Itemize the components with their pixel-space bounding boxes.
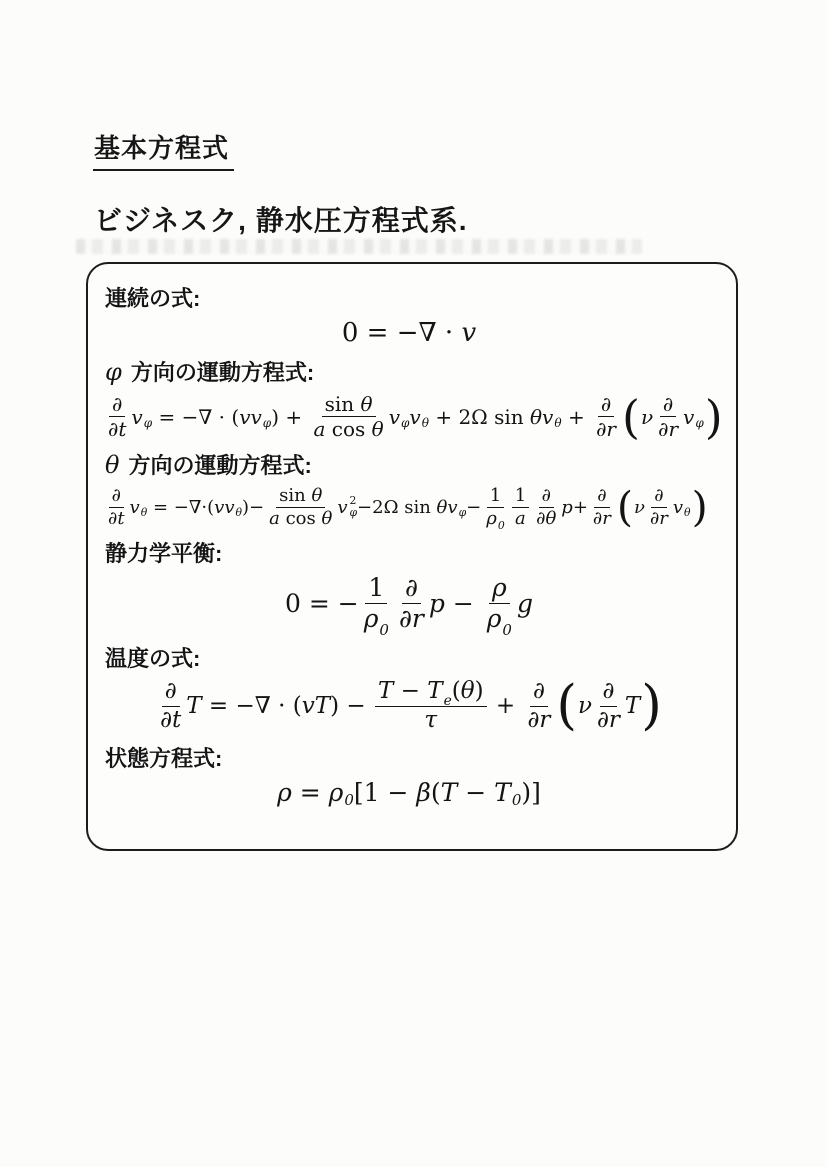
subscript: 0 bbox=[344, 791, 354, 809]
equation-phi-momentum: ∂∂tvφ = −∇ · (vvφ) + sin θa cos θvφvθ + … bbox=[88, 392, 730, 441]
section-continuity: 連続の式: 0 = −∇ · v bbox=[88, 282, 730, 348]
math-text: τ bbox=[424, 707, 437, 733]
math-text: p bbox=[561, 497, 573, 518]
numerator: sin θ bbox=[276, 485, 325, 508]
math-text: ν bbox=[641, 405, 653, 429]
math-text: ∂ bbox=[650, 508, 659, 529]
math-text: cos bbox=[280, 508, 322, 529]
math-text: ∂ bbox=[603, 678, 615, 704]
denominator: ρ0 bbox=[361, 604, 392, 634]
math-text: T bbox=[427, 678, 442, 704]
math-text: + bbox=[573, 497, 588, 518]
fraction: T − Te(θ)τ bbox=[375, 678, 487, 734]
math-text: ∂ bbox=[601, 392, 611, 416]
subscript: 0 bbox=[498, 519, 505, 532]
equation-label: 状態方程式: bbox=[88, 742, 730, 773]
numerator: ∂ bbox=[651, 485, 666, 508]
math-text: vT bbox=[302, 693, 330, 719]
math-text: ρ bbox=[487, 604, 502, 633]
equation-temperature: ∂∂tT = −∇ · (vT) − T − Te(θ)τ + ∂∂r(ν∂∂r… bbox=[88, 678, 730, 734]
equation-label-text: 方向の運動方程式: bbox=[131, 356, 314, 387]
equation-label-text: 状態方程式: bbox=[105, 742, 222, 773]
math-text: ∂ bbox=[593, 508, 602, 529]
math-text: ) + bbox=[271, 405, 308, 429]
math-text: θ bbox=[321, 508, 332, 529]
math-text: p bbox=[429, 589, 445, 618]
section-phi-momentum: φ方向の運動方程式: ∂∂tvφ = −∇ · (vvφ) + sin θa c… bbox=[88, 356, 730, 441]
math-text: T bbox=[441, 778, 458, 807]
fraction: ∂∂r bbox=[655, 392, 681, 441]
denominator: ∂r bbox=[655, 417, 681, 441]
math-text: β bbox=[416, 778, 430, 807]
numerator: ∂ bbox=[598, 392, 614, 417]
math-text: − bbox=[457, 778, 494, 807]
math-text: ∂ bbox=[596, 417, 606, 441]
math-text: − bbox=[466, 497, 481, 518]
denominator: ρ0 bbox=[483, 508, 507, 530]
math-text: ∂ bbox=[165, 678, 177, 704]
math-text: r bbox=[659, 508, 668, 529]
equation-label-prefix: θ bbox=[105, 451, 119, 479]
math-text: v bbox=[409, 405, 420, 429]
subscript: θ bbox=[141, 506, 148, 519]
math-text: r bbox=[668, 417, 678, 441]
subscript: 0 bbox=[512, 791, 522, 809]
subtitle: ビジネスク, 静水圧方程式系. bbox=[94, 199, 468, 239]
equation-label: 連続の式: bbox=[88, 282, 730, 313]
subscript: φ bbox=[695, 416, 703, 430]
fraction: ∂∂r bbox=[396, 573, 427, 634]
numerator: 1 bbox=[512, 485, 529, 508]
equation-hydrostatic: 0 = −1ρ0∂∂rp − ρρ0g bbox=[88, 573, 730, 634]
equations-panel: 連続の式: 0 = −∇ · v φ方向の運動方程式: ∂∂tvφ = −∇ ·… bbox=[86, 262, 738, 851]
numerator: ∂ bbox=[600, 678, 618, 707]
math-text: ( bbox=[452, 678, 461, 704]
equation-label: 温度の式: bbox=[88, 642, 730, 673]
equation-theta-momentum: ∂∂tvθ = −∇·(vvθ)−sin θa cos θv2φ−2Ω sin … bbox=[88, 485, 730, 529]
math-text: v bbox=[389, 405, 400, 429]
math-text: θ bbox=[372, 417, 384, 441]
subscript: φ bbox=[401, 416, 409, 430]
math-text: − bbox=[445, 589, 482, 618]
denominator: ∂t bbox=[105, 417, 129, 441]
math-text: θ bbox=[545, 508, 556, 529]
math-text: v bbox=[461, 318, 476, 348]
fraction: ∂∂t bbox=[105, 485, 128, 529]
math-text: r bbox=[539, 707, 550, 733]
subscript: φ bbox=[144, 416, 152, 430]
math-text: t bbox=[117, 508, 124, 529]
denominator: a cos θ bbox=[266, 508, 335, 530]
section-theta-momentum: θ方向の運動方程式: ∂∂tvθ = −∇·(vvθ)−sin θa cos θ… bbox=[88, 449, 730, 529]
math-text: θ bbox=[361, 392, 373, 416]
fraction: ∂∂r bbox=[590, 485, 614, 529]
math-text: ∂ bbox=[527, 707, 539, 733]
denominator: a cos θ bbox=[310, 417, 386, 441]
subscript: θ bbox=[236, 506, 243, 519]
math-text: ∂ bbox=[658, 417, 668, 441]
denominator: ∂r bbox=[647, 508, 671, 530]
numerator: ∂ bbox=[530, 678, 548, 707]
math-text: T bbox=[494, 778, 511, 807]
math-text: = bbox=[292, 778, 329, 807]
denominator: ∂t bbox=[157, 707, 184, 735]
equation-label-text: 温度の式: bbox=[105, 642, 200, 673]
denominator: ∂t bbox=[105, 508, 128, 530]
math-text: a bbox=[313, 417, 325, 441]
math-text: r bbox=[412, 604, 424, 633]
math-text: 1 bbox=[515, 485, 526, 506]
math-text: r bbox=[609, 707, 620, 733]
math-text: ∂ bbox=[160, 707, 172, 733]
math-text: ) bbox=[475, 678, 484, 704]
math-text: ∂ bbox=[112, 392, 122, 416]
math-text: −2Ω sin bbox=[357, 497, 437, 518]
numerator: ∂ bbox=[402, 573, 421, 604]
math-text: v bbox=[337, 497, 347, 518]
math-text: ∂ bbox=[663, 392, 673, 416]
fraction: 1ρ0 bbox=[361, 573, 392, 634]
math-text: t bbox=[172, 707, 181, 733]
math-text: r bbox=[602, 508, 611, 529]
math-text: a bbox=[515, 508, 526, 529]
numerator: 1 bbox=[487, 485, 504, 508]
equation-label: 静力学平衡: bbox=[88, 537, 730, 568]
subscript: 0 bbox=[379, 621, 389, 639]
math-text: r bbox=[606, 417, 616, 441]
math-text: [1 − bbox=[354, 778, 417, 807]
math-text: T bbox=[186, 693, 201, 719]
equation-label: θ方向の運動方程式: bbox=[88, 449, 730, 480]
subscript: e bbox=[444, 693, 452, 709]
math-text: θv bbox=[530, 405, 553, 429]
fraction: ∂∂t bbox=[105, 392, 129, 441]
math-text: v bbox=[131, 405, 142, 429]
section-temperature: 温度の式: ∂∂tT = −∇ · (vT) − T − Te(θ)τ + ∂∂… bbox=[88, 642, 730, 734]
fraction: sin θa cos θ bbox=[266, 485, 335, 529]
subscript: φ bbox=[349, 507, 357, 519]
math-text: ∂ bbox=[654, 485, 663, 506]
denominator: ∂θ bbox=[533, 508, 559, 530]
fraction: ∂∂r bbox=[524, 678, 553, 734]
math-text: ν bbox=[634, 497, 645, 518]
equation-continuity: 0 = −∇ · v bbox=[88, 318, 730, 348]
math-text: 1 bbox=[368, 573, 384, 602]
equation-label-text: 連続の式: bbox=[105, 282, 200, 313]
equation-label-prefix: φ bbox=[105, 358, 122, 386]
math-text: ν bbox=[578, 693, 592, 719]
fraction: 1ρ0 bbox=[483, 485, 507, 529]
numerator: ∂ bbox=[109, 485, 124, 508]
page-title: 基本方程式 bbox=[93, 128, 234, 171]
numerator: ∂ bbox=[109, 392, 125, 417]
math-text: vv bbox=[239, 405, 262, 429]
numerator: 1 bbox=[365, 573, 387, 604]
denominator: τ bbox=[421, 707, 440, 735]
math-text: ρ bbox=[364, 604, 379, 633]
denominator: ∂r bbox=[593, 417, 619, 441]
math-text: T bbox=[625, 693, 640, 719]
math-text: sin bbox=[325, 392, 361, 416]
math-text: ρ bbox=[486, 508, 497, 529]
subscript: θ bbox=[684, 506, 691, 519]
math-text: ∂ bbox=[108, 417, 118, 441]
subscript: θ bbox=[422, 416, 429, 430]
math-text: cos bbox=[325, 417, 371, 441]
math-text: v bbox=[683, 405, 694, 429]
fraction: ρρ0 bbox=[484, 573, 515, 634]
math-text: = −∇ · ( bbox=[202, 693, 302, 719]
subscript: φ bbox=[263, 416, 271, 430]
math-text: ∂ bbox=[108, 508, 117, 529]
math-text: sin bbox=[279, 485, 311, 506]
bleedthrough-artifact bbox=[76, 239, 642, 254]
fraction: ∂∂θ bbox=[533, 485, 559, 529]
fraction: ∂∂t bbox=[157, 678, 184, 734]
numerator: ∂ bbox=[162, 678, 180, 707]
fraction: ∂∂r bbox=[647, 485, 671, 529]
section-hydrostatic-balance: 静力学平衡: 0 = −1ρ0∂∂rp − ρρ0g bbox=[88, 537, 730, 634]
math-text: a bbox=[269, 508, 280, 529]
denominator: ρ0 bbox=[484, 604, 515, 634]
math-text: ρ bbox=[277, 778, 292, 807]
math-text: + bbox=[562, 405, 591, 429]
math-text: t bbox=[118, 417, 126, 441]
math-text: ∂ bbox=[597, 707, 609, 733]
math-text: g bbox=[517, 589, 533, 618]
equation-label-text: 静力学平衡: bbox=[105, 537, 222, 568]
math-text: + bbox=[489, 693, 523, 719]
fraction: ∂∂r bbox=[593, 392, 619, 441]
denominator: ∂r bbox=[524, 707, 553, 735]
denominator: ∂r bbox=[594, 707, 623, 735]
math-text: 0 = −∇ · bbox=[342, 318, 462, 348]
denominator: ∂r bbox=[590, 508, 614, 530]
fraction: 1a bbox=[512, 485, 529, 529]
subscript: φ bbox=[459, 506, 467, 519]
math-text: T bbox=[378, 678, 393, 704]
equation-label-text: 方向の運動方程式: bbox=[128, 449, 311, 480]
equation-of-state: ρ = ρ0[1 − β(T − T0)] bbox=[88, 778, 730, 807]
numerator: T − Te(θ) bbox=[375, 678, 487, 707]
math-text: ∂ bbox=[533, 678, 545, 704]
math-text: ∂ bbox=[399, 604, 412, 633]
numerator: sin θ bbox=[322, 392, 376, 417]
math-text: vv bbox=[214, 497, 234, 518]
subscript: θ bbox=[554, 416, 561, 430]
math-text: 0 = − bbox=[285, 589, 359, 618]
math-text: + 2Ω sin bbox=[429, 405, 530, 429]
math-text: ( bbox=[431, 778, 441, 807]
math-text: v bbox=[130, 497, 140, 518]
denominator: a bbox=[512, 508, 529, 530]
math-text: 1 bbox=[490, 485, 501, 506]
math-text: ∂ bbox=[597, 485, 606, 506]
math-text: ∂ bbox=[405, 573, 418, 602]
math-text: ρ bbox=[492, 573, 507, 602]
math-text: θ bbox=[311, 485, 322, 506]
math-text: θv bbox=[437, 497, 458, 518]
math-text: )− bbox=[242, 497, 264, 518]
numerator: ∂ bbox=[539, 485, 554, 508]
fraction: ∂∂r bbox=[594, 678, 623, 734]
math-text: ρ bbox=[329, 778, 344, 807]
equation-label: φ方向の運動方程式: bbox=[88, 356, 730, 387]
numerator: ∂ bbox=[660, 392, 676, 417]
math-text: θ bbox=[461, 678, 475, 704]
subscript: 0 bbox=[502, 621, 512, 639]
numerator: ∂ bbox=[594, 485, 609, 508]
denominator: ∂r bbox=[396, 604, 427, 634]
math-text: v bbox=[673, 497, 683, 518]
math-text: − bbox=[393, 678, 427, 704]
math-text: ∂ bbox=[112, 485, 121, 506]
section-equation-of-state: 状態方程式: ρ = ρ0[1 − β(T − T0)] bbox=[88, 742, 730, 807]
fraction: sin θa cos θ bbox=[310, 392, 386, 441]
math-text: ∂ bbox=[542, 485, 551, 506]
math-text: = −∇ · ( bbox=[152, 405, 239, 429]
sup-sub-stack: 2φ bbox=[349, 495, 357, 519]
math-text: = −∇·( bbox=[147, 497, 214, 518]
document-page: 基本方程式 ビジネスク, 静水圧方程式系. 連続の式: 0 = −∇ · v φ… bbox=[0, 0, 828, 1167]
math-text: ) − bbox=[330, 693, 373, 719]
math-text: )] bbox=[521, 778, 541, 807]
numerator: ρ bbox=[489, 573, 510, 604]
